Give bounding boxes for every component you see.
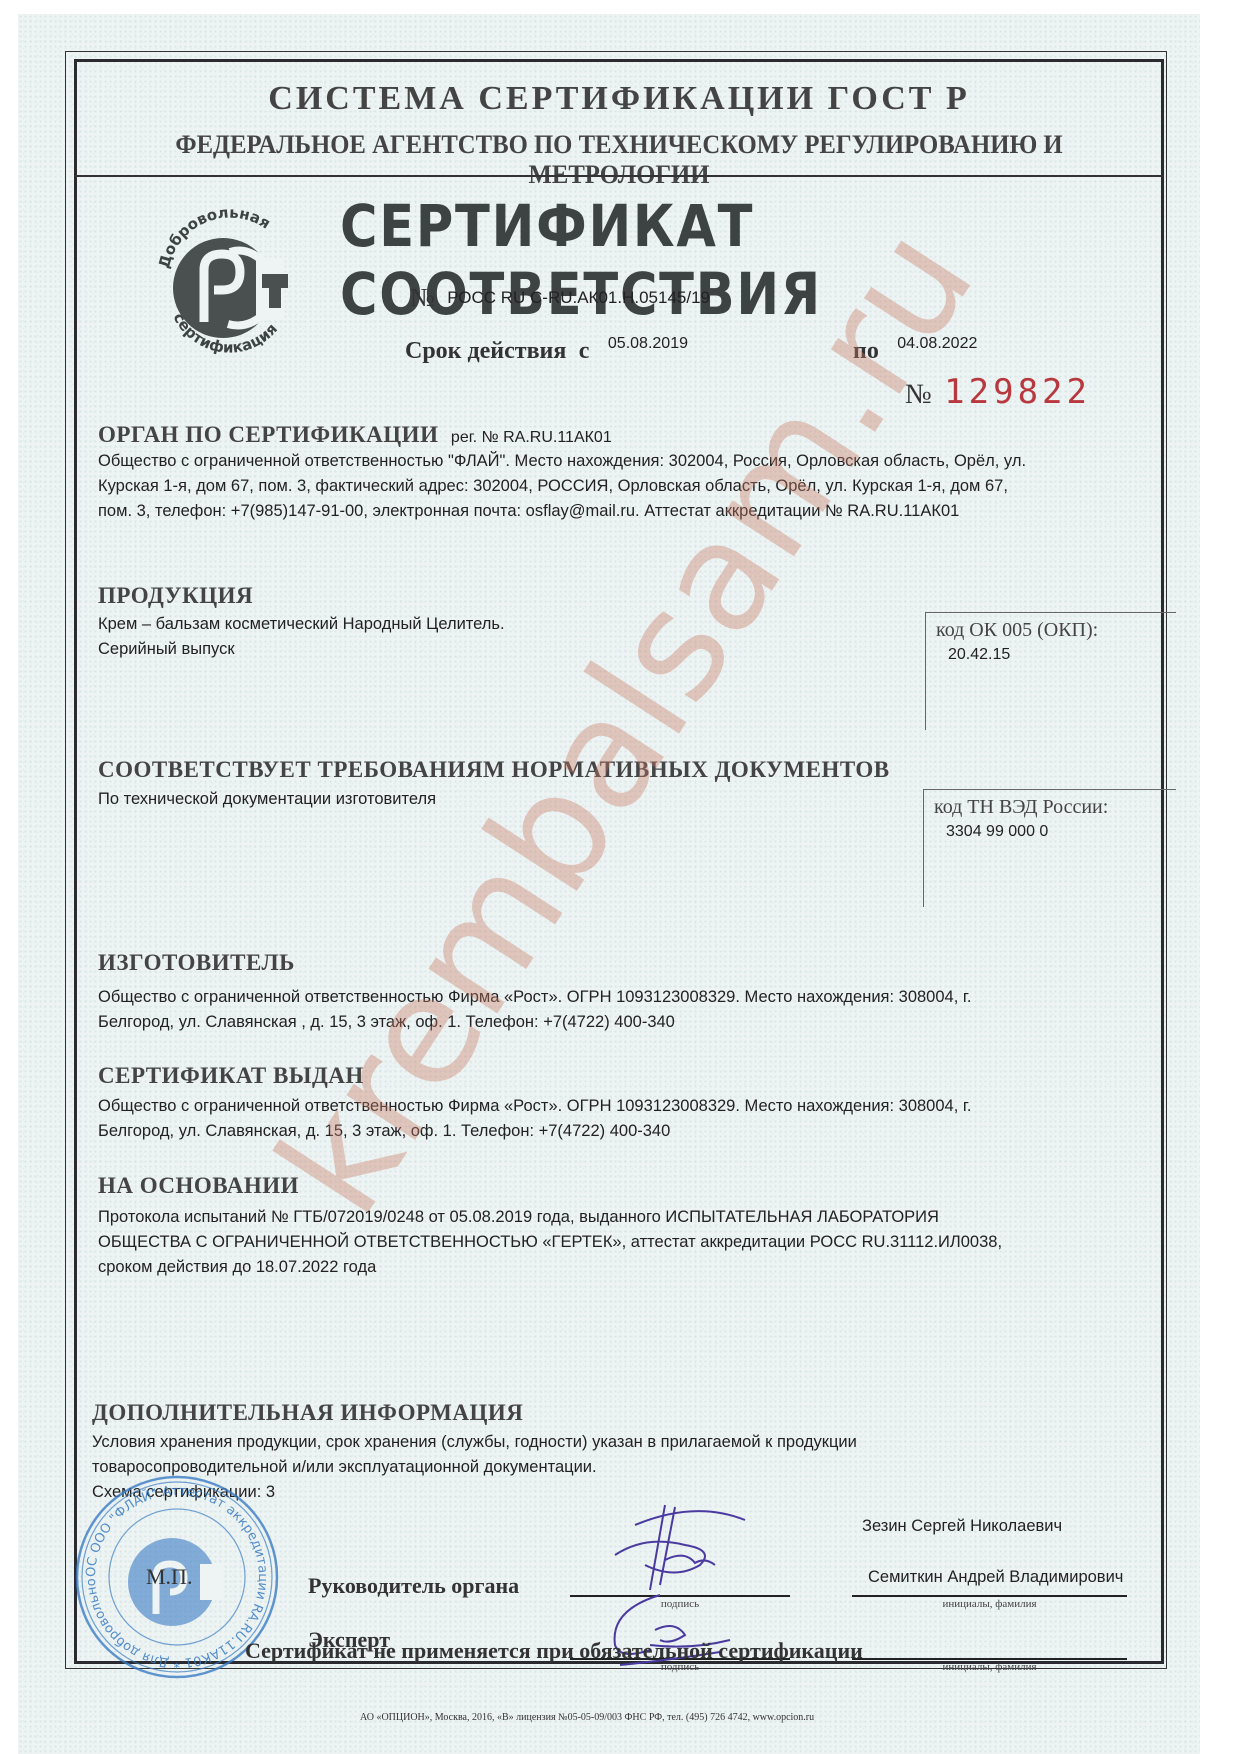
text-line: Белгород, ул. Славянская, д. 15, 3 этаж,… xyxy=(98,1119,971,1144)
text-line: сроком действия до 18.07.2022 года xyxy=(98,1255,1002,1280)
text-line: По технической документации изготовителя xyxy=(98,787,436,812)
reg-number: рег. № RA.RU.11АК01 xyxy=(451,429,612,446)
blank-number-symbol: № xyxy=(905,379,932,410)
expert-name-caption: инициалы, фамилия xyxy=(852,1661,1127,1673)
blank-number-value: 129822 xyxy=(944,372,1091,412)
rst-logo-icon: Добровольная сертификация xyxy=(148,188,308,363)
additional-info-heading: ДОПОЛНИТЕЛЬНАЯ ИНФОРМАЦИЯ xyxy=(92,1400,523,1426)
tnved-code-label: код ТН ВЭД России: xyxy=(934,796,1166,819)
text-line: Общество с ограниченной ответственностью… xyxy=(98,985,971,1010)
from-label: с xyxy=(579,338,590,364)
expert-name-line xyxy=(852,1658,1127,1660)
valid-from-date: 05.08.2019 xyxy=(608,335,688,352)
rst-voluntary-logo: Добровольная сертификация xyxy=(148,188,308,363)
text-line: Крем – бальзам косметический Народный Це… xyxy=(98,612,505,637)
text-line: Протокола испытаний № ГТБ/072019/0248 от… xyxy=(98,1205,1002,1230)
compliance-heading: СООТВЕТСТВУЕТ ТРЕБОВАНИЯМ НОРМАТИВНЫХ ДО… xyxy=(98,757,890,783)
blank-number: № 129822 xyxy=(905,372,1091,412)
text-line: Курская 1-я, дом 67, пом. 3, фактический… xyxy=(98,474,1158,499)
issued-to-heading: СЕРТИФИКАТ ВЫДАН xyxy=(98,1063,364,1089)
product-heading: ПРОДУКЦИЯ xyxy=(98,583,253,609)
okp-code-value: 20.42.15 xyxy=(948,646,1166,664)
tnved-code-value: 3304 99 000 0 xyxy=(946,823,1166,841)
validity-from: Срок действия с 05.08.2019 xyxy=(405,335,688,365)
manufacturer-heading: ИЗГОТОВИТЕЛЬ xyxy=(98,950,295,976)
text-line: Серийный выпуск xyxy=(98,637,505,662)
certification-body-heading: ОРГАН ПО СЕРТИФИКАЦИИ xyxy=(98,422,438,447)
text-line: Условия хранения продукции, срок хранени… xyxy=(92,1430,857,1455)
certification-body-details: Общество с ограниченной ответственностью… xyxy=(98,449,1158,524)
issued-to-details: Общество с ограниченной ответственностью… xyxy=(98,1094,971,1144)
manufacturer-details: Общество с ограниченной ответственностью… xyxy=(98,985,971,1035)
okp-code-label: код ОК 005 (ОКП): xyxy=(936,619,1166,642)
printer-imprint: АО «ОПЦИОН», Москва, 2016, «В» лицензия … xyxy=(360,1712,814,1723)
certificate-number-value: РОСС RU С-RU.АК01.Н.05145/19 xyxy=(447,288,710,307)
text-line: Белгород, ул. Славянская , д. 15, 3 этаж… xyxy=(98,1010,971,1035)
stamp-place-label: М.П. xyxy=(146,1564,192,1590)
expert-name: Семиткин Андрей Владимирович xyxy=(868,1568,1123,1587)
basis-heading: НА ОСНОВАНИИ xyxy=(98,1173,299,1199)
validity-to: по 04.08.2022 xyxy=(853,335,977,365)
head-of-body-label: Руководитель органа xyxy=(308,1573,519,1599)
product-details: Крем – бальзам косметический Народный Це… xyxy=(98,612,505,662)
to-label: по xyxy=(853,338,879,364)
compliance-details: По технической документации изготовителя xyxy=(98,787,436,812)
basis-details: Протокола испытаний № ГТБ/072019/0248 от… xyxy=(98,1205,1002,1280)
certification-body-section: ОРГАН ПО СЕРТИФИКАЦИИ рег. № RA.RU.11АК0… xyxy=(98,422,612,448)
head-name: Зезин Сергей Николаевич xyxy=(862,1517,1062,1536)
text-line: ОБЩЕСТВА С ОГРАНИЧЕННОЙ ОТВЕТСТВЕННОСТЬЮ… xyxy=(98,1230,1002,1255)
valid-to-date: 04.08.2022 xyxy=(897,335,977,352)
text-line: пом. 3, телефон: +7(985)147-91-00, элект… xyxy=(98,499,1158,524)
text-line: Общество с ограниченной ответственностью… xyxy=(98,449,1158,474)
head-name-caption: инициалы, фамилия xyxy=(852,1598,1127,1610)
number-symbol: № xyxy=(410,283,435,312)
header-divider xyxy=(74,175,1164,177)
head-name-line xyxy=(852,1595,1127,1597)
agency-name: ФЕДЕРАЛЬНОЕ АГЕНТСТВО ПО ТЕХНИЧЕСКОМУ РЕ… xyxy=(101,130,1137,190)
certificate-number: № РОСС RU С-RU.АК01.Н.05145/19 xyxy=(410,283,710,313)
tnved-code-box: код ТН ВЭД России: 3304 99 000 0 xyxy=(923,789,1176,907)
signature-scribble-icon xyxy=(605,1495,765,1605)
validity-label: Срок действия xyxy=(405,338,566,364)
voluntary-notice: Сертификат не применяется при обязательн… xyxy=(245,1638,863,1664)
text-line: Общество с ограниченной ответственностью… xyxy=(98,1094,971,1119)
system-title: СИСТЕМА СЕРТИФИКАЦИИ ГОСТ Р xyxy=(74,80,1164,118)
okp-code-box: код ОК 005 (ОКП): 20.42.15 xyxy=(925,612,1176,730)
